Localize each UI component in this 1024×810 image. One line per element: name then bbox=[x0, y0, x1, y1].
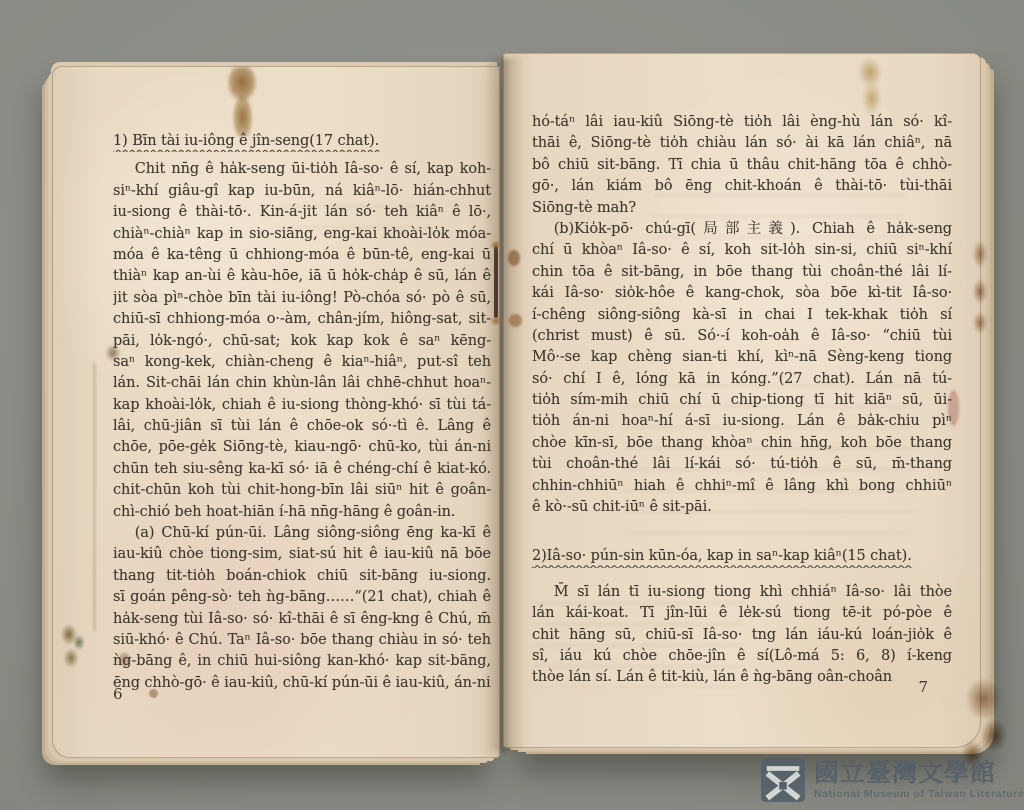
page-number-right: 7 bbox=[918, 678, 928, 696]
text-line: chūn teh siu-sêng ka-kī só· iā ê chéng-c… bbox=[113, 459, 491, 480]
torn-corner-stain bbox=[55, 619, 95, 671]
text-line: iau-kiû chòe tiong-sim, siat-sú hit ê ia… bbox=[113, 544, 491, 565]
stain bbox=[972, 240, 988, 334]
page-number-left: 6 bbox=[113, 685, 123, 703]
text-line: kap khoài-lo̍k, chiah ê iu-siong thòng-k… bbox=[113, 395, 491, 416]
page-right: hó-táⁿ lâi iau-kiû Siōng-tè tio̍h lâi èn… bbox=[503, 53, 981, 748]
text-line: siⁿ-khí giâu-gî kap iu-būn, ná kiâⁿ-lō· … bbox=[113, 181, 491, 202]
text-line: chin tōa ê sit-bāng, in bōe thang tùi ch… bbox=[532, 262, 952, 283]
watermark-text: 國立臺灣文學館 National Museum of Taiwan Litera… bbox=[814, 760, 1022, 800]
text-line: chiū-sī chhiong-móa o·-àm, chân-jím, hiô… bbox=[113, 309, 491, 330]
text-line: saⁿ kong-kek, chiàn-cheng ê kiaⁿ-hiâⁿ, p… bbox=[113, 352, 491, 373]
rust-spot bbox=[509, 314, 522, 327]
text-line: Chit nn̄g ê ha̍k-seng ūi-tio̍h Iâ-so· ê … bbox=[113, 159, 491, 180]
text-line: (christ must) ê sū. Só·-í koh-oa̍h ê Iâ-… bbox=[532, 326, 952, 347]
text-line: chí ū khòaⁿ Iâ-so· ê sí, koh sit-lo̍h si… bbox=[532, 240, 952, 261]
text-line: thiàⁿ kap an-ùi ê kàu-hōe, iā ū ho̍k-cha… bbox=[113, 266, 491, 287]
text-line: M̄ sī lán tī iu-siong tiong khì chhiáⁿ I… bbox=[532, 582, 952, 603]
text-line: lán. Sit-chāi lán chin khùn-lân lâi chhē… bbox=[113, 373, 491, 394]
text-line: chit hāng sū, chiū-sī Iâ-so· tng lán iáu… bbox=[532, 625, 952, 646]
text-line: gō·, lán kiám bô ēng chit-khoán ê thài-t… bbox=[532, 176, 952, 197]
text-line: Mô·-se kap chèng sian-ti khí, kìⁿ-nā Sèn… bbox=[532, 347, 952, 368]
text-line: 1) Bīn tài iu-iông ê jîn-seng(17 chat). bbox=[113, 131, 491, 152]
text-line: lâi, chū-jiân sī tùi lán ê chōe-ok só·-t… bbox=[113, 416, 491, 437]
text-line: chiàⁿ-chiàⁿ kap in sio-siāng, eng-kai kh… bbox=[113, 224, 491, 245]
text-line: sî, iáu kú chòe chōe-jîn ê sí(Lô-má 5: 6… bbox=[532, 646, 952, 667]
text-line: chōe, pōe-ge̍k Siōng-tè, kiau-ngō· chū-k… bbox=[113, 437, 491, 458]
text-line: ǹg-bāng ê, in chiū hui-siông kan-khó· ka… bbox=[113, 651, 491, 672]
left-page-text: 1) Bīn tài iu-iông ê jîn-seng(17 chat). … bbox=[113, 131, 491, 694]
text-line: siū-khó· ê Chú. Taⁿ Iâ-so· bōe thang chi… bbox=[113, 630, 491, 651]
stain bbox=[854, 58, 886, 116]
text-line: ēng chhò-gō· ê iau-kiû, chū-kí pún-ūi ê … bbox=[113, 673, 491, 694]
stain bbox=[225, 67, 259, 137]
text-line: pāi, lo̍k-ngó·, chū-sat; kok kap kok ê s… bbox=[113, 331, 491, 352]
text-line: thang tit-tio̍h boán-chiok chiū sit-bāng… bbox=[113, 566, 491, 587]
text-line: sī goán pêng-sò· teh ǹg-bāng……”(21 chat)… bbox=[113, 587, 491, 608]
binding-staple bbox=[494, 246, 498, 318]
right-page-text: hó-táⁿ lâi iau-kiû Siōng-tè tio̍h lâi èn… bbox=[532, 112, 952, 689]
text-line: tio̍h sím-mih chiū chí ū chip-tiong tī h… bbox=[532, 390, 952, 411]
text-line: í-chêng siông-siông kà-sī in chai I tek-… bbox=[532, 305, 952, 326]
text-line: thòe lán sí. Lán ê tit-kiù, lán ê ǹg-bān… bbox=[532, 667, 952, 688]
text-line: thāi ê, Siōng-tè tio̍h chiàu lán só· ài … bbox=[532, 133, 952, 154]
text-line: hó-táⁿ lâi iau-kiû Siōng-tè tio̍h lâi èn… bbox=[532, 112, 952, 133]
text-line: chì-chió beh hoat-hiān í-hā nn̄g-hāng ê … bbox=[113, 502, 491, 523]
text-line: chhin-chhiūⁿ hiah ê chhiⁿ-mî ê lâng khì … bbox=[532, 476, 952, 497]
text-line: (a) Chū-kí pún-ūi. Lâng siông-siông ēng … bbox=[113, 523, 491, 544]
text-line: chit-chūn koh tùi chit-hong-bīn lâi siūⁿ… bbox=[113, 480, 491, 501]
text-line: (b)Kio̍k-pō· chú-gī(局部主義). Chiah ê ha̍k-… bbox=[532, 219, 952, 240]
text-line: tio̍h án-ni hoaⁿ-hí á-sī iu-siong. Lán ê… bbox=[532, 411, 952, 432]
paper-crease bbox=[93, 363, 96, 631]
museum-name-en: National Museum of Taiwan Literature bbox=[814, 788, 1022, 800]
museum-name-zh: 國立臺灣文學館 bbox=[814, 760, 1022, 785]
nmtl-seal-icon bbox=[760, 757, 806, 803]
scanned-book-photo: 1) Bīn tài iu-iông ê jîn-seng(17 chat). … bbox=[0, 0, 1024, 810]
text-line: iu-siong ê thài-tō·. Kin-á-jit lán só· t… bbox=[113, 202, 491, 223]
text-line: chòe kīn-sī, bōe thang khòaⁿ chin hn̄g, … bbox=[532, 433, 952, 454]
museum-watermark: 國立臺灣文學館 National Museum of Taiwan Litera… bbox=[760, 753, 1022, 807]
text-line: 2)Iâ-so· pún-sin kūn-óa, kap in saⁿ-kap … bbox=[532, 546, 952, 567]
text-line: jit sòa pìⁿ-chòe bīn tài iu-iông! Pò-chó… bbox=[113, 288, 491, 309]
text-line: kái Iâ-so· sio̍k-hôe ê kang-chok, sòa bō… bbox=[532, 283, 952, 304]
text-line: tùi choân-thé lâi lí-kái só· tú-tio̍h ê … bbox=[532, 454, 952, 475]
text-line: bô chiū sit-bāng. Tī chia ū thâu chit-hā… bbox=[532, 155, 952, 176]
text-line: ê kò·-sū chit-iūⁿ ê sit-pāi. bbox=[532, 497, 952, 518]
text-line: só· chí I ê, lóng kā in kóng.”(27 chat).… bbox=[532, 369, 952, 390]
text-line: lán kái-koat. Tī jîn-lūi ê le̍k-sú tiong… bbox=[532, 603, 952, 624]
text-line: móa ê ka-têng ū chhiong-móa ê būn-tê, en… bbox=[113, 245, 491, 266]
text-line: Siōng-tè mah? bbox=[532, 198, 952, 219]
rust-spot bbox=[508, 250, 520, 266]
page-left: 1) Bīn tài iu-iông ê jîn-seng(17 chat). … bbox=[52, 66, 500, 758]
text-line: ha̍k-seng tùi Iâ-so· só· kî-thāi ê sī ên… bbox=[113, 609, 491, 630]
